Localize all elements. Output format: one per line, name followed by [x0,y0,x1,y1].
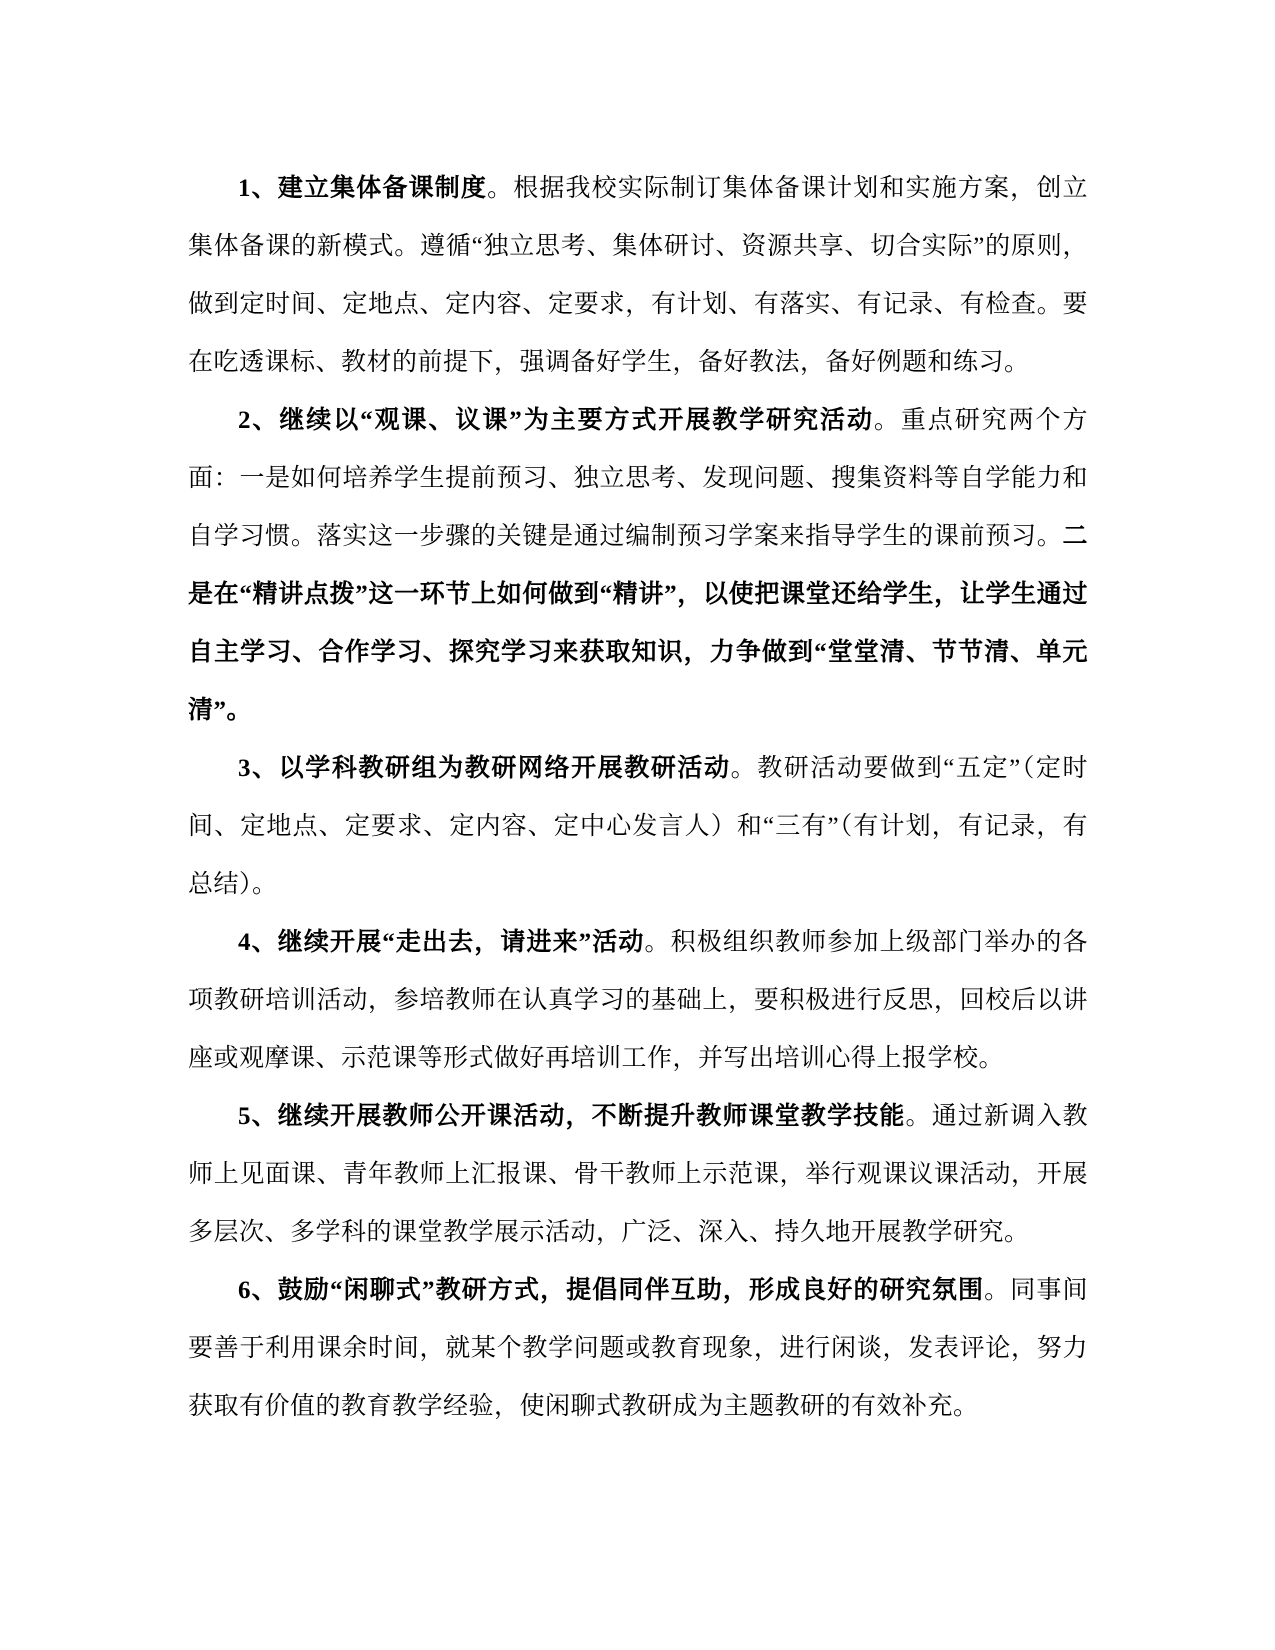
text-run-bold: 5、继续开展教师公开课活动，不断提升教师课堂教学技能 [238,1103,906,1130]
text-run-bold: 4、继续开展“走出去，请进来”活动 [238,929,645,956]
text-run-bold: 2、继续以“观课、议课”为主要方式开展教学研究活动 [238,407,874,434]
paragraph: 4、继续开展“走出去，请进来”活动。积极组织教师参加上级部门举办的各项教研培训活… [188,914,1088,1088]
paragraph: 6、鼓励“闲聊式”教研方式，提倡同伴互助，形成良好的研究氛围。同事间要善于利用课… [188,1262,1088,1436]
document-page: 1、建立集体备课制度。根据我校实际制订集体备课计划和实施方案，创立集体备课的新模… [0,0,1275,1650]
paragraph: 2、继续以“观课、议课”为主要方式开展教学研究活动。重点研究两个方面：一是如何培… [188,392,1088,740]
paragraph: 3、以学科教研组为教研网络开展教研活动。教研活动要做到“五定”（定时间、定地点、… [188,740,1088,914]
text-run-bold: 二是在“精讲点拨”这一环节上如何做到“精讲”，以使把课堂还给学生，让学生通过自主… [188,523,1088,724]
document-body: 1、建立集体备课制度。根据我校实际制订集体备课计划和实施方案，创立集体备课的新模… [188,160,1088,1436]
text-run-bold: 1、建立集体备课制度 [238,175,487,202]
text-run-bold: 3、以学科教研组为教研网络开展教研活动 [238,755,731,782]
paragraph: 1、建立集体备课制度。根据我校实际制订集体备课计划和实施方案，创立集体备课的新模… [188,160,1088,392]
text-run: 。根据我校实际制订集体备课计划和实施方案，创立集体备课的新模式。遵循“独立思考、… [188,175,1088,376]
paragraph: 5、继续开展教师公开课活动，不断提升教师课堂教学技能。通过新调入教师上见面课、青… [188,1088,1088,1262]
text-run-bold: 6、鼓励“闲聊式”教研方式，提倡同伴互助，形成良好的研究氛围 [238,1277,984,1304]
